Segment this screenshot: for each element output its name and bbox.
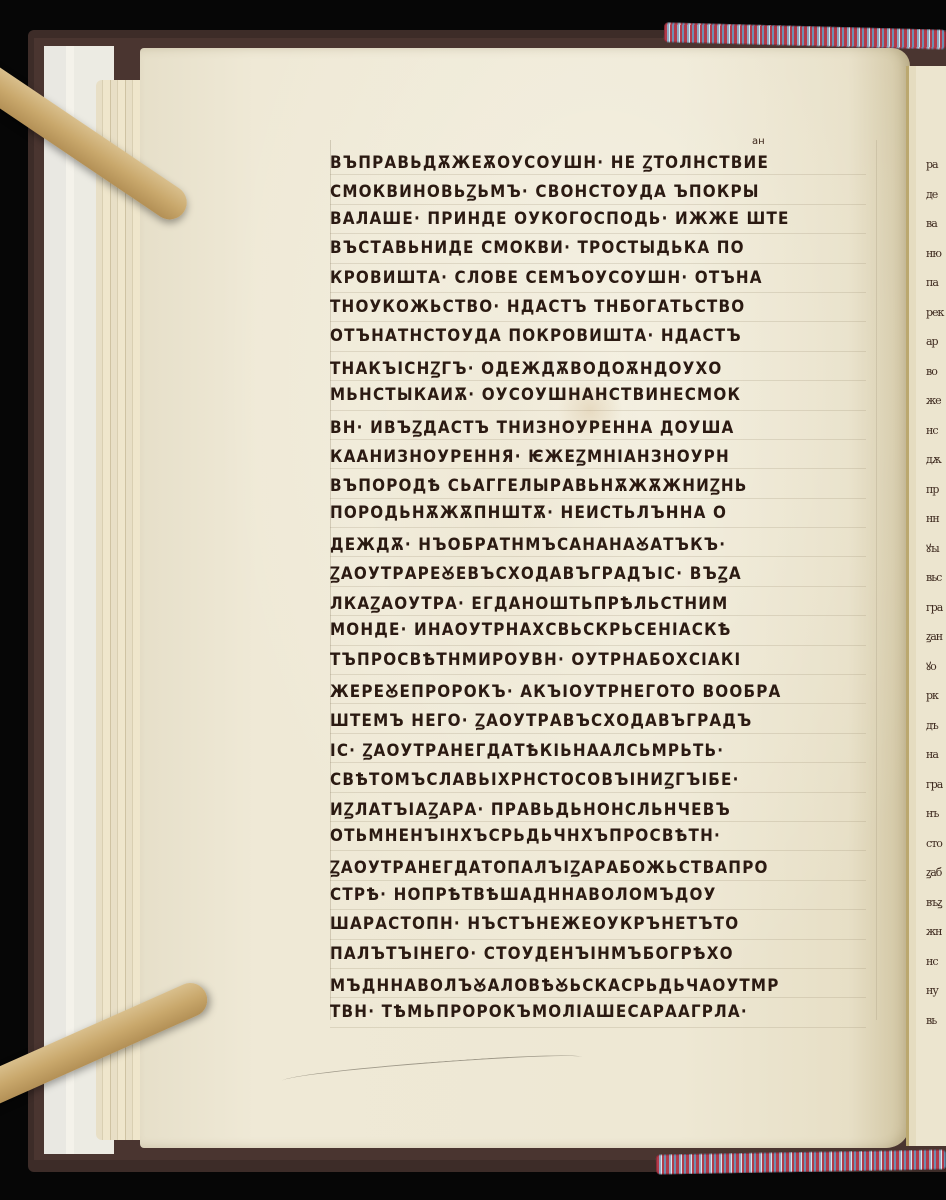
facing-page-line: гра (926, 593, 946, 623)
manuscript-line: деждѫ· нъобратнмъсананаꙋатъкъ· (330, 528, 866, 557)
facing-page-line: нъ (926, 799, 946, 829)
facing-page-line: нс (926, 947, 946, 977)
facing-page-line: дѫ (926, 445, 946, 475)
facing-page-line: рк (926, 681, 946, 711)
facing-page-line: рек (926, 298, 946, 328)
manuscript-line: ꙁаоутрареꙋевъсходавъградъıс· въꙁа (330, 557, 866, 586)
manuscript-line: ꙁаоутранегдатопалъıꙁарабожьствапро (330, 851, 866, 880)
facing-page-line: пр (926, 475, 946, 505)
manuscript-line: тнакъıснꙁгъ· одеждѫводоѫндоухо (330, 352, 866, 381)
manuscript-text-block: въправьдѫжеѫоусоушн· не ꙁтолнствиесмокви… (330, 146, 870, 1028)
manuscript-line: шарастопн· нъстънежеоукрънетъто (330, 910, 866, 939)
facing-page-line: нс (926, 416, 946, 446)
facing-page-line: гра (926, 770, 946, 800)
manuscript-line: кровишта· слове семъоусоушн· отъна (330, 264, 866, 293)
manuscript-line: палътъıнего· стоуденъıнмъбогрѣхо (330, 940, 866, 969)
manuscript-line: монде· инаоутрнахсвьскрьсенıаскѣ (330, 616, 866, 645)
manuscript-line: свѣтомъславьıхрнстосовъıниꙁгъıбе· (330, 763, 866, 792)
manuscript-line: тноукожьство· ндастъ тнбогатьство (330, 293, 866, 322)
facing-page-line: ва (926, 209, 946, 239)
facing-page-line: на (926, 740, 946, 770)
manuscript-line: отънатнстоуда покровишта· ндастъ (330, 322, 866, 351)
facing-page-text: радеванюпарекарвоженсдѫпрннꙋъıвьсграꙁанꙋ… (926, 150, 946, 1035)
facing-page-line: дъ (926, 711, 946, 741)
facing-page-line: де (926, 180, 946, 210)
facing-page-line: сто (926, 829, 946, 859)
manuscript-line: мъдннаволъꙋаловѣꙋьскасрьдьчаоутмр (330, 969, 866, 998)
manuscript-line: стрѣ· нопрѣтвѣшадннаволомъдоу (330, 881, 866, 910)
facing-page-line: ꙋо (926, 652, 946, 682)
manuscript-line: твн· тѣмьпророкъмолıашесараагрла· (330, 998, 866, 1027)
manuscript-line: въпородѣ сьаггелыравьнѫжѫжниꙁнь (330, 469, 866, 498)
facing-page-line: ꙋъı (926, 534, 946, 564)
manuscript-line: смоквиновьꙁьмъ· свонстоуда ъпокры (330, 175, 866, 204)
facing-page-line: ра (926, 150, 946, 180)
facing-page-line: же (926, 386, 946, 416)
facing-page-line: нн (926, 504, 946, 534)
manuscript-line: каанизноурення· ѥжеꙁмнıанзноурн (330, 440, 866, 469)
manuscript-line: мьнстыкаиѫ· оусоушнанствинесмок (330, 381, 866, 410)
manuscript-line: лкаꙁаоутра· егданоштьпрѣльстним (330, 587, 866, 616)
ruling-line-right (876, 140, 877, 1020)
facing-page-line: ну (926, 976, 946, 1006)
manuscript-line: отьмненъıнхъсрьдьчнхъпросвѣтн· (330, 822, 866, 851)
facing-page-line: ар (926, 327, 946, 357)
manuscript-line: иꙁлатъıаꙁара· правьдьнонсльнчевъ (330, 793, 866, 822)
manuscript-line: вн· ивъꙁдастъ тнизноуренна доуша (330, 411, 866, 440)
facing-page-line: па (926, 268, 946, 298)
facing-page-line: во (926, 357, 946, 387)
facing-page-line: ꙁан (926, 622, 946, 652)
facing-page-line: вь (926, 1006, 946, 1036)
manuscript-line: штемъ него· ꙁаоутравъсходавъградъ (330, 704, 866, 733)
facing-page-line: ꙁаб (926, 858, 946, 888)
facing-page-line: жн (926, 917, 946, 947)
manuscript-line: тъпросвѣтнмироувн· оутрнабохсıакı (330, 646, 866, 675)
manuscript-line: ıс· ꙁаоутранегдатѣкıьнаалсьмрьть· (330, 734, 866, 763)
facing-page-line: вьс (926, 563, 946, 593)
manuscript-line: въправьдѫжеѫоусоушн· не ꙁтолнствие (330, 146, 866, 175)
manuscript-line: въставьниде смокви· тростыдька по (330, 234, 866, 263)
manuscript-line: жереꙋепророкъ· акъıоутрнегото вообра (330, 675, 866, 704)
manuscript-line: валаше· принде оукогосподь· ижже ште (330, 205, 866, 234)
facing-page-line: ню (926, 239, 946, 269)
facing-page-line: въꙁ (926, 888, 946, 918)
photo-background: радеванюпарекарвоженсдѫпрннꙋъıвьсграꙁанꙋ… (0, 0, 946, 1200)
manuscript-line: породьнѫжѫпнштѫ· неистьлънна о (330, 499, 866, 528)
